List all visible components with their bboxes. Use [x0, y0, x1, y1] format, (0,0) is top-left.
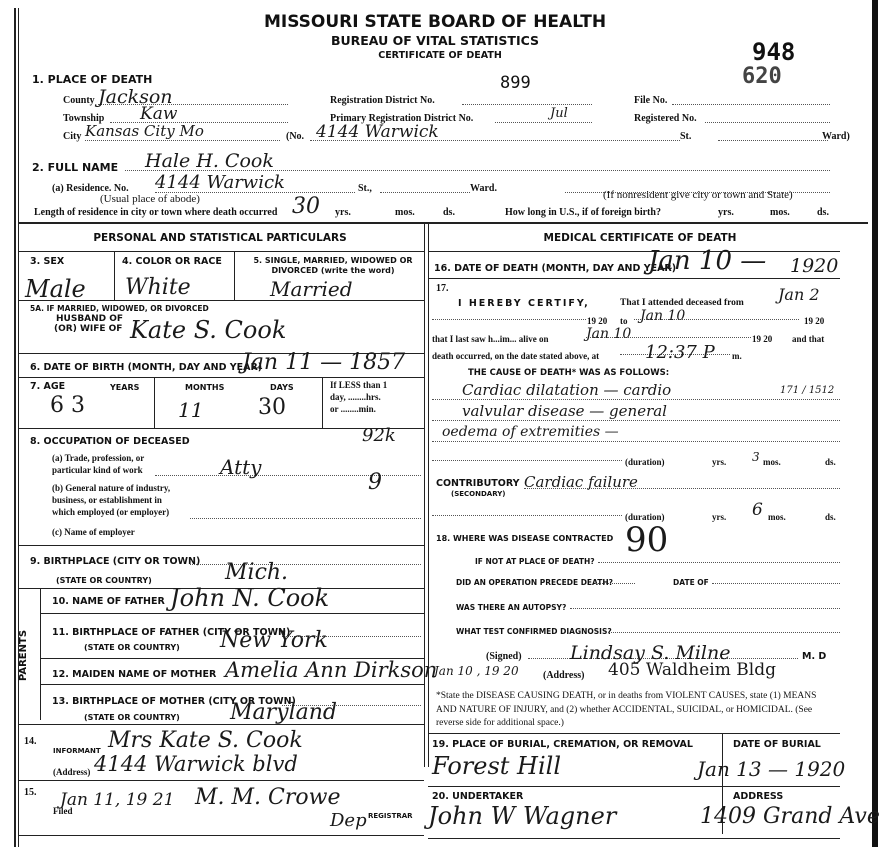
primary-district-value: Jul: [495, 106, 568, 121]
street-no-label: (No.: [286, 131, 304, 142]
left-border: [14, 8, 16, 847]
filed-date[interactable]: Jan 11, 19 21: [60, 790, 174, 810]
doc-title: MISSOURI STATE BOARD OF HEALTH: [240, 12, 630, 32]
race-value[interactable]: White: [125, 275, 191, 300]
center-divider-2: [428, 222, 429, 767]
attended-from-year-field[interactable]: [432, 307, 586, 320]
dod-value[interactable]: Jan 10 —: [648, 246, 766, 276]
undertaker-label: 20. UNDERTAKER: [432, 791, 523, 802]
duration-1-mos-value[interactable]: 3: [752, 450, 760, 464]
industry-label-1: (b) General nature of industry,: [52, 483, 170, 493]
not-at-place-field[interactable]: [598, 552, 840, 563]
employer-label: (c) Name of employer: [52, 527, 135, 537]
reg-district-value: 899: [500, 73, 531, 93]
street-st-label: St.: [680, 131, 691, 142]
place-of-death-label: 1. PLACE OF DEATH: [32, 73, 152, 86]
race-label: 4. COLOR OR RACE: [122, 256, 222, 267]
age-label: 7. AGE: [30, 381, 65, 392]
center-divider: [424, 222, 425, 767]
divider: [40, 684, 424, 685]
reg-district-label: Registration District No.: [330, 95, 435, 106]
duration-2-field[interactable]: [432, 503, 622, 516]
year-to: 19 20: [804, 316, 824, 326]
registered-no-field[interactable]: [705, 104, 830, 123]
undertaker-address-label: ADDRESS: [733, 791, 783, 802]
cause-line-2[interactable]: valvular disease — general: [432, 402, 840, 421]
attended-to-field[interactable]: Jan 10: [634, 307, 799, 320]
burial-date-label: DATE OF BURIAL: [733, 739, 821, 750]
registrar-value[interactable]: M. M. Crowe: [195, 785, 340, 810]
cause-line-3[interactable]: oedema of extremities —: [432, 423, 840, 442]
street-field[interactable]: 4144 Warwick: [310, 122, 680, 141]
foreign-ds-label: ds.: [817, 207, 829, 218]
test-label: WHAT TEST CONFIRMED DIAGNOSIS?: [456, 627, 612, 636]
birthplace-value[interactable]: Mich.: [225, 560, 288, 585]
residence-ward-label: Ward.: [470, 183, 497, 194]
last-saw-label: that I last saw h...im... alive on: [432, 334, 549, 344]
informant-value[interactable]: Mrs Kate S. Cook: [108, 728, 303, 753]
date-of-label: DATE OF: [673, 578, 709, 587]
township-field[interactable]: Kaw: [110, 104, 288, 123]
doc-subtitle: BUREAU OF VITAL STATISTICS: [260, 33, 610, 48]
occupation-label: 8. OCCUPATION OF DECEASED: [30, 436, 190, 447]
parents-label: PARENTS: [18, 630, 29, 681]
death-time-field[interactable]: 12:37 P: [620, 342, 730, 355]
father-birth-value[interactable]: New York: [220, 628, 328, 653]
length-residence-yrs[interactable]: 30: [292, 194, 320, 219]
autopsy-label: WAS THERE AN AUTOPSY?: [456, 603, 566, 612]
cause-codes: 171 / 1512: [780, 385, 834, 396]
cause-1-value: Cardiac dilatation — cardio: [432, 381, 671, 399]
contributory-field[interactable]: Cardiac failure: [524, 473, 840, 489]
length-ds-label: ds.: [443, 207, 455, 218]
informant-num: 14.: [24, 736, 37, 747]
length-mos-label: mos.: [395, 207, 415, 218]
duration-1-mos: mos.: [763, 457, 781, 467]
industry-field[interactable]: [190, 503, 421, 519]
burial-label: 19. PLACE OF BURIAL, CREMATION, OR REMOV…: [432, 739, 693, 750]
years-label: YEARS: [110, 383, 139, 392]
sex-label: 3. SEX: [30, 256, 64, 267]
dod-label: 16. DATE OF DEATH (MONTH, DAY AND YEAR): [434, 263, 676, 274]
divider: [18, 724, 424, 725]
duration-2-mos: mos.: [768, 512, 786, 522]
cause-title: THE CAUSE OF DEATH* WAS AS FOLLOWS:: [468, 368, 669, 378]
industry-label-2: business, or establishment in: [52, 495, 162, 505]
divider-top: [18, 222, 868, 224]
nonresident-note: (If nonresident give city or town and St…: [603, 189, 793, 201]
duration-2-yrs: yrs.: [712, 512, 726, 522]
duration-1-ds: ds.: [825, 457, 836, 467]
less-than-label-1: If LESS than 1: [330, 380, 387, 390]
death-time-value: 12:37 P: [620, 342, 715, 363]
spouse-value[interactable]: Kate S. Cook: [130, 316, 286, 344]
burial-value[interactable]: Forest Hill: [432, 752, 561, 780]
medical-section-title: MEDICAL CERTIFICATE OF DEATH: [440, 232, 840, 244]
not-at-place-label: IF NOT AT PLACE OF DEATH?: [475, 557, 595, 566]
dob-value[interactable]: Jan 11 — 1857: [242, 350, 405, 375]
ward-field[interactable]: [718, 122, 828, 141]
industry-code: 9: [368, 470, 382, 495]
ward-label: Ward): [822, 131, 850, 142]
spouse-label-1: 5A. IF MARRIED, WIDOWED, OR DIVORCED: [30, 304, 209, 313]
days-label: DAYS: [270, 383, 294, 392]
divider: [18, 251, 424, 252]
age-years-value[interactable]: 6 3: [50, 393, 85, 418]
divider: [428, 838, 840, 839]
signed-label: (Signed): [486, 651, 522, 662]
operation-date-field[interactable]: [712, 573, 840, 584]
divider: [428, 251, 840, 252]
doc-certificate: CERTIFICATE OF DEATH: [300, 50, 580, 61]
divider: [154, 378, 155, 428]
mother-value[interactable]: Amelia Ann Dirkson: [225, 658, 437, 682]
signed-address-value[interactable]: 405 Waldheim Bldg: [608, 660, 776, 680]
mother-birth-state-label: (STATE OR COUNTRY): [84, 713, 180, 722]
father-label: 10. NAME OF FATHER: [52, 596, 165, 607]
city-label: City: [63, 131, 81, 142]
city-value: Kansas City Mo: [85, 122, 204, 140]
operation-field[interactable]: [595, 573, 635, 584]
signed-address-label: (Address): [543, 670, 584, 681]
mother-label: 12. MAIDEN NAME OF MOTHER: [52, 669, 216, 680]
duration-2-ds: ds.: [825, 512, 836, 522]
divider: [18, 377, 424, 378]
residence-value: 4144 Warwick: [155, 172, 285, 193]
registrar-label: REGISTRAR: [368, 812, 413, 820]
mother-birth-value[interactable]: Maryland: [230, 700, 337, 725]
signed-field[interactable]: Lindsay S. Milne: [528, 642, 798, 659]
divider: [428, 733, 840, 734]
primary-district-field[interactable]: Jul: [495, 104, 592, 123]
birthplace-state-label: (STATE OR COUNTRY): [56, 576, 152, 585]
dod-year[interactable]: 1920: [790, 255, 838, 277]
sex-value[interactable]: Male: [25, 275, 86, 303]
m-label: m.: [732, 351, 742, 361]
occupation-code: 92k: [362, 425, 396, 446]
signed-date[interactable]: Jan 10 , 19 20: [434, 664, 519, 678]
duration-1-label: (duration): [625, 457, 665, 467]
divider: [18, 780, 424, 781]
last-saw-year: 19 20: [752, 334, 772, 344]
undertaker-value[interactable]: John W Wagner: [428, 802, 616, 830]
primary-district-label: Primary Registration District No.: [330, 113, 473, 124]
and-that-label: and that: [792, 334, 824, 344]
registered-no-label: Registered No.: [634, 113, 697, 124]
father-value[interactable]: John N. Cook: [170, 584, 329, 612]
city-field[interactable]: Kansas City Mo: [85, 122, 280, 141]
burial-date-value[interactable]: Jan 13 — 1920: [697, 757, 845, 781]
attended-to-value: Jan 10: [634, 308, 685, 324]
less-than-label-3: or ........min.: [330, 404, 376, 414]
file-no-label: File No.: [634, 95, 667, 106]
divider: [234, 252, 235, 300]
spouse-label-3: (OR) WIFE OF: [54, 324, 122, 334]
township-value: Kaw: [110, 104, 177, 124]
residence-ward-field[interactable]: [380, 172, 470, 193]
contributory-label: CONTRIBUTORY: [436, 478, 520, 489]
last-saw-value: Jan 10: [586, 326, 631, 342]
md-label: M. D: [802, 651, 826, 662]
informant-address-value[interactable]: 4144 Warwick blvd: [94, 752, 298, 776]
divider: [18, 835, 424, 836]
divider: [428, 786, 840, 787]
test-field[interactable]: [608, 622, 840, 633]
duration-1-yrs: yrs.: [712, 457, 726, 467]
divider: [114, 252, 115, 300]
death-occurred-label: death occurred, on the date stated above…: [432, 351, 599, 361]
operation-label: DID AN OPERATION PRECEDE DEATH?: [456, 578, 613, 587]
registrar-dep: Dep: [330, 810, 367, 831]
filed-num: 15.: [24, 787, 37, 798]
industry-label-3: which employed (or employer): [52, 507, 169, 517]
cause-3-value: oedema of extremities —: [432, 424, 619, 440]
county-field[interactable]: Jackson: [98, 86, 288, 105]
marital-value[interactable]: Married: [270, 277, 353, 301]
spouse-label-2: HUSBAND OF: [56, 314, 123, 324]
trade-label-1: (a) Trade, profession, or: [52, 453, 144, 463]
attended-from[interactable]: Jan 2: [778, 285, 820, 304]
trade-label-2: particular kind of work: [52, 465, 143, 475]
street-value: 4144 Warwick: [310, 122, 439, 142]
divider: [40, 613, 424, 614]
residence-st-label: St.,: [358, 183, 372, 194]
birthplace-label: 9. BIRTHPLACE (CITY OR TOWN): [30, 556, 200, 567]
length-residence-label: Length of residence in city or town wher…: [34, 207, 277, 218]
county-label: County: [63, 95, 95, 106]
stamp-number: 948: [752, 38, 795, 66]
foreign-mos-label: mos.: [770, 207, 790, 218]
residence-field[interactable]: 4144 Warwick: [155, 172, 355, 193]
age-months-value[interactable]: 11: [178, 398, 203, 422]
foreign-yrs-label: yrs.: [718, 207, 734, 218]
full-name-field[interactable]: Hale H. Cook: [125, 150, 830, 171]
dob-label: 6. DATE OF BIRTH (MONTH, DAY AND YEAR): [30, 362, 262, 373]
parents-divider: [40, 588, 41, 720]
foreign-birth-label: How long in U.S., if of foreign birth?: [505, 207, 661, 218]
months-label: MONTHS: [185, 383, 224, 392]
duration-2-mos-value[interactable]: 6: [752, 500, 763, 520]
trade-value: Atty: [220, 455, 261, 479]
divider: [18, 545, 424, 546]
divider: [428, 278, 840, 279]
father-birth-state-label: (STATE OR COUNTRY): [84, 643, 180, 652]
cause-line-1[interactable]: Cardiac dilatation — cardio: [432, 381, 840, 400]
undertaker-address-value[interactable]: 1409 Grand Ave: [700, 804, 880, 829]
footnote: *State the DISEASE CAUSING DEATH, or in …: [436, 690, 838, 731]
full-name-value: Hale H. Cook: [125, 150, 274, 172]
marital-label: 5. SINGLE, MARRIED, WIDOWED OR DIVORCED …: [248, 256, 418, 276]
file-no-stamp: 620: [742, 64, 782, 89]
item-17-label: 17.: [436, 283, 449, 294]
personal-section-title: PERSONAL AND STATISTICAL PARTICULARS: [20, 232, 420, 244]
age-days-value[interactable]: 30: [258, 395, 286, 420]
secondary-label: (SECONDARY): [451, 490, 505, 498]
right-border: [872, 0, 878, 847]
duration-1-field[interactable]: [432, 448, 622, 461]
length-yrs-label: yrs.: [335, 207, 351, 218]
abode-note: (Usual place of abode): [100, 193, 200, 205]
last-saw-field[interactable]: Jan 10: [586, 325, 751, 338]
autopsy-field[interactable]: [570, 598, 840, 609]
less-than-label-2: day, ........hrs.: [330, 392, 381, 402]
divider: [18, 300, 424, 301]
full-name-label: 2. FULL NAME: [32, 161, 118, 174]
contracted-label: 18. WHERE WAS DISEASE CONTRACTED: [436, 534, 613, 543]
divider: [322, 378, 323, 428]
cause-2-value: valvular disease — general: [432, 402, 667, 420]
informant-address-label: (Address): [53, 767, 90, 777]
contributory-value: Cardiac failure: [524, 473, 638, 491]
